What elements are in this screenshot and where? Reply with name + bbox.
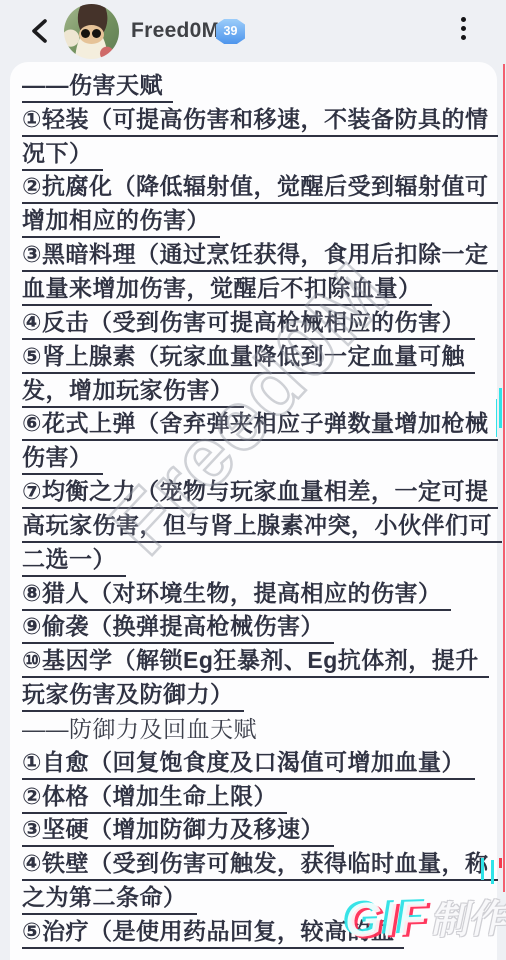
chat-header: Freed0M 39	[0, 0, 506, 62]
message-line-text: ①轻装（可提高伤害和移速，不装备防具的情	[22, 101, 498, 137]
message-line-text: ②抗腐化（降低辐射值，觉醒后受到辐射值可	[22, 168, 498, 204]
message-line: ③黑暗料理（通过烹饪获得，食用后扣除一定	[22, 237, 489, 271]
message-line: ⑦均衡之力（宠物与玩家血量相差，一定可提	[22, 474, 489, 508]
message-line: ①自愈（回复饱食度及口渴值可增加血量）	[22, 745, 489, 779]
message-line-text: 况下）	[22, 135, 103, 171]
level-badge: 39	[216, 19, 245, 44]
message-line-text: ③黑暗料理（通过烹饪获得，食用后扣除一定	[22, 236, 498, 272]
message-line-text: ⑧猎人（对环境生物，提高相应的伤害）	[22, 575, 451, 611]
message-line-text: 高玩家伤害，但与肾上腺素冲突，小伙伴们可	[22, 507, 502, 543]
kebab-dot	[461, 17, 466, 22]
message-line: 况下）	[22, 136, 489, 170]
contact-avatar[interactable]	[64, 4, 119, 59]
message-line: ⑧猎人（对环境生物，提高相应的伤害）	[22, 576, 489, 610]
message-line-text: ⑥花式上弹（舍弃弹夹相应子弹数量增加枪械	[22, 405, 498, 441]
message-line-text: ——防御力及回血天赋	[22, 711, 257, 744]
glitch-cyan-artifact	[499, 388, 502, 428]
message-line: 发，增加玩家伤害）	[22, 373, 489, 407]
message-line-text: ④铁壁（受到伤害可触发，获得临时血量，称	[22, 845, 498, 881]
message-line: ②抗腐化（降低辐射值，觉醒后受到辐射值可	[22, 170, 489, 204]
message-line: ——伤害天赋	[22, 68, 489, 102]
message-line-text: 二选一）	[22, 541, 126, 577]
chevron-left-icon	[26, 14, 56, 48]
message-lines: ——伤害天赋①轻装（可提高伤害和移速，不装备防具的情况下）②抗腐化（降低辐射值，…	[22, 68, 489, 948]
message-line: ④铁壁（受到伤害可触发，获得临时血量，称	[22, 846, 489, 880]
back-button[interactable]	[26, 14, 56, 48]
message-line: ⑤治疗（是使用药品回复，较高的血	[22, 914, 489, 948]
message-line: ⑩基因学（解锁Eg狂暴剂、Eg抗体剂，提升	[22, 643, 489, 677]
message-line-text: ⑤肾上腺素（玩家血量降低到一定血量可触	[22, 338, 475, 374]
message-line: ①轻装（可提高伤害和移速，不装备防具的情	[22, 102, 489, 136]
message-line: 高玩家伤害，但与肾上腺素冲突，小伙伴们可	[22, 508, 489, 542]
message-line: 之为第二条命）	[22, 880, 489, 914]
message-line-text: ③坚硬（增加防御力及移速）	[22, 811, 334, 847]
contact-name[interactable]: Freed0M	[131, 0, 219, 62]
message-line-text: ⑨偷袭（换弹提高枪械伤害）	[22, 608, 334, 644]
message-line-text: ⑦均衡之力（宠物与玩家血量相差，一定可提	[22, 473, 498, 509]
message-bubble[interactable]: ——伤害天赋①轻装（可提高伤害和移速，不装备防具的情况下）②抗腐化（降低辐射值，…	[10, 62, 497, 960]
message-line-text: ②体格（增加生命上限）	[22, 778, 287, 814]
glitch-cyan-artifact	[477, 858, 503, 884]
message-line-text: 之为第二条命）	[22, 879, 197, 915]
message-line: ③坚硬（增加防御力及移速）	[22, 813, 489, 847]
message-line: ⑨偷袭（换弹提高枪械伤害）	[22, 610, 489, 644]
message-line: ⑥花式上弹（舍弃弹夹相应子弹数量增加枪械	[22, 406, 489, 440]
message-line-text: ——伤害天赋	[22, 67, 173, 103]
message-line-text: 血量来增加伤害，觉醒后不扣除血量）	[22, 270, 432, 306]
kebab-dot	[461, 35, 466, 40]
message-line: ②体格（增加生命上限）	[22, 779, 489, 813]
message-line-text: ①自愈（回复饱食度及口渴值可增加血量）	[22, 744, 475, 780]
kebab-dot	[461, 26, 466, 31]
kebab-menu-button[interactable]	[452, 13, 474, 49]
message-line-text: 伤害）	[22, 439, 103, 475]
message-line: 增加相应的伤害）	[22, 203, 489, 237]
message-line-text: ⑤治疗（是使用药品回复，较高的血	[22, 913, 404, 949]
message-line: ——防御力及回血天赋	[22, 711, 489, 745]
message-line-text: 增加相应的伤害）	[22, 202, 220, 238]
message-line-text: ④反击（受到伤害可提高枪械相应的伤害）	[22, 304, 475, 340]
message-line: 二选一）	[22, 542, 489, 576]
message-line: 伤害）	[22, 440, 489, 474]
message-line: ④反击（受到伤害可提高枪械相应的伤害）	[22, 305, 489, 339]
glitch-red-line	[503, 64, 506, 892]
message-line-text: 发，增加玩家伤害）	[22, 372, 244, 408]
message-line: 玩家伤害及防御力）	[22, 677, 489, 711]
message-line: ⑤肾上腺素（玩家血量降低到一定血量可触	[22, 339, 489, 373]
message-line: 血量来增加伤害，觉醒后不扣除血量）	[22, 271, 489, 305]
message-line-text: ⑩基因学（解锁Eg狂暴剂、Eg抗体剂，提升	[22, 642, 489, 678]
message-line-text: 玩家伤害及防御力）	[22, 676, 244, 712]
